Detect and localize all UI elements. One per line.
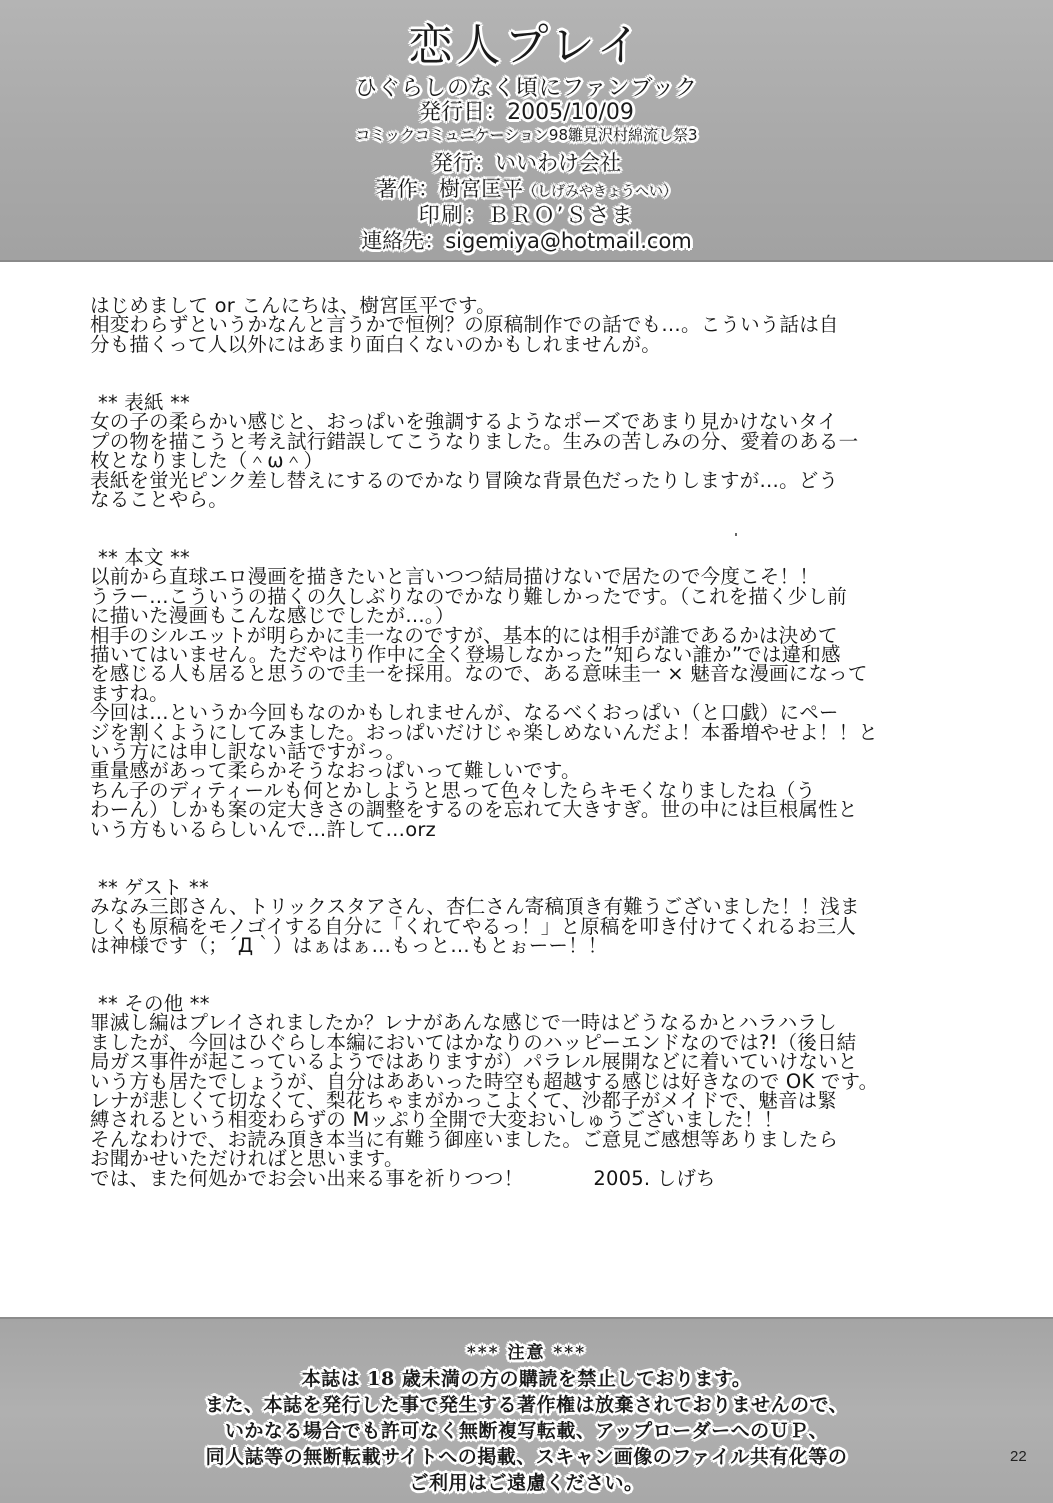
author-reading: （しげみやきょうへい） bbox=[523, 184, 677, 200]
contact-email[interactable]: 連絡先：sigemiya@hotmail.com bbox=[0, 228, 1053, 254]
text-line: 表紙を蛍光ピンク差し替えにするのでかなり冒険な背景色だったりしますが…。どう bbox=[90, 471, 990, 490]
book-subtitle: ひぐらしのなく頃にファンブック bbox=[0, 76, 1053, 102]
text-line: いう方もいるらしいんで…許して…orz bbox=[90, 820, 990, 839]
text-line: 今回は…というか今回もなのかもしれませんが、なるべくおっぱい（と口戯）にペー bbox=[90, 703, 990, 722]
text-line: わーん）しかも案の定大きさの調整をするのを忘れて大きすぎ。世の中には巨根属性と bbox=[90, 800, 990, 819]
text-line: 縛されるという相変わらずの Mッぷり全開で大変おいしゅうございました！！ bbox=[90, 1110, 990, 1129]
text-line: 以前から直球エロ漫画を描きたいと言いつつ結局描けないで居たので今度こそ！！ bbox=[90, 567, 990, 586]
notice-line: 同人誌等の無断転載サイトへの掲載、スキャン画像のファイル共有化等の bbox=[0, 1444, 1053, 1470]
text-line: 罪滅し編はプレイされましたか？レナがあんな感じで一時はどうなるかとハラハラし bbox=[90, 1013, 990, 1032]
notice-block: *** 注意 *** 本誌は 18 歳未満の方の購読を禁止しております。 また、… bbox=[0, 1340, 1053, 1496]
text-line: 枚となりました（＾ω＾） bbox=[90, 451, 990, 470]
closing-line: では、また何処かでお会い出来る事を祈りつつ！2005. しげち bbox=[90, 1169, 990, 1188]
notice-line: ご利用はご遠慮ください。 bbox=[0, 1470, 1053, 1496]
text-line: 重量感があって柔らかそうなおっぱいって難しいです。 bbox=[90, 761, 990, 780]
section-other: ** その他 ** 罪滅し編はプレイされましたか？レナがあんな感じで一時はどうな… bbox=[90, 994, 990, 1188]
event-name: コミックコミュニケーション98雛見沢村綿流し祭3 bbox=[0, 125, 1053, 145]
signature: 2005. しげち bbox=[593, 1169, 715, 1188]
section-guests: ** ゲスト ** みなみ三郎さん、トリックスタアさん、杏仁さん寄稿頂き有難うご… bbox=[90, 878, 990, 956]
notice-line: いかなる場合でも許可なく無断複写転載、アップローダーへのＵＰ、 bbox=[0, 1418, 1053, 1444]
text-line: 女の子の柔らかい感じと、おっぱいを強調するようなポーズであまり見かけないタイ bbox=[90, 412, 990, 431]
section-cover: ** 表紙 ** 女の子の柔らかい感じと、おっぱいを強調するようなポーズであまり… bbox=[90, 393, 990, 509]
printer: 印刷：ＢＲＯ’Ｓさま bbox=[0, 202, 1053, 228]
closing-text: では、また何処かでお会い出来る事を祈りつつ！ bbox=[90, 1167, 523, 1190]
issue-date: 発行日：2005/10/09 bbox=[0, 100, 1053, 126]
page-number: 22 bbox=[1010, 1448, 1027, 1465]
notice-line: 本誌は 18 歳未満の方の購読を禁止しております。 bbox=[0, 1366, 1053, 1392]
text-line: 局ガス事件が起こっているようではありますが）パラレル展開などに着いていけないと bbox=[90, 1052, 990, 1071]
section-main-text: ** 本文 ** 以前から直球エロ漫画を描きたいと言いつつ結局描けないで居たので… bbox=[90, 548, 990, 839]
text-line: は神様です（；´Д｀）はぁはぁ…もっと…もとぉーー！！ bbox=[90, 936, 990, 955]
notice-heading: *** 注意 *** bbox=[0, 1340, 1053, 1366]
text-line: しくも原稿をモノゴイする自分に「くれてやるっ！」と原稿を叩き付けてくれるお三人 bbox=[90, 917, 990, 936]
notice-line: また、本誌を発行した事で発生する著作権は放棄されておりませんので、 bbox=[0, 1392, 1053, 1418]
publisher: 発行：いいわけ会社 bbox=[0, 150, 1053, 176]
text-line: に描いた漫画もこんな感じでしたが…。） bbox=[90, 606, 990, 625]
author: 著作：樹宮匡平（しげみやきょうへい） bbox=[0, 176, 1053, 205]
text-line: 相変わらずというかなんと言うかで恒例？の原稿制作での話でも…。こういう話は自 bbox=[90, 315, 990, 334]
intro-paragraph: はじめまして or こんにちは、樹宮匡平です。 相変わらずというかなんと言うかで… bbox=[90, 296, 990, 354]
author-name: 著作：樹宮匡平 bbox=[376, 177, 523, 201]
book-title: 恋人プレイ bbox=[0, 20, 1053, 72]
scan-speck bbox=[735, 533, 737, 536]
text-line: 分も描くって人以外にはあまり面白くないのかもしれませんが。 bbox=[90, 335, 990, 354]
afterword-body: はじめまして or こんにちは、樹宮匡平です。 相変わらずというかなんと言うかで… bbox=[90, 296, 990, 1188]
text-line: を感じる人も居ると思うので圭一を採用。なので、ある意味圭一 × 魅音な漫画になっ… bbox=[90, 664, 990, 683]
text-line: なることやら。 bbox=[90, 490, 990, 509]
text-line: みなみ三郎さん、トリックスタアさん、杏仁さん寄稿頂き有難うございました！！浅ま bbox=[90, 897, 990, 916]
